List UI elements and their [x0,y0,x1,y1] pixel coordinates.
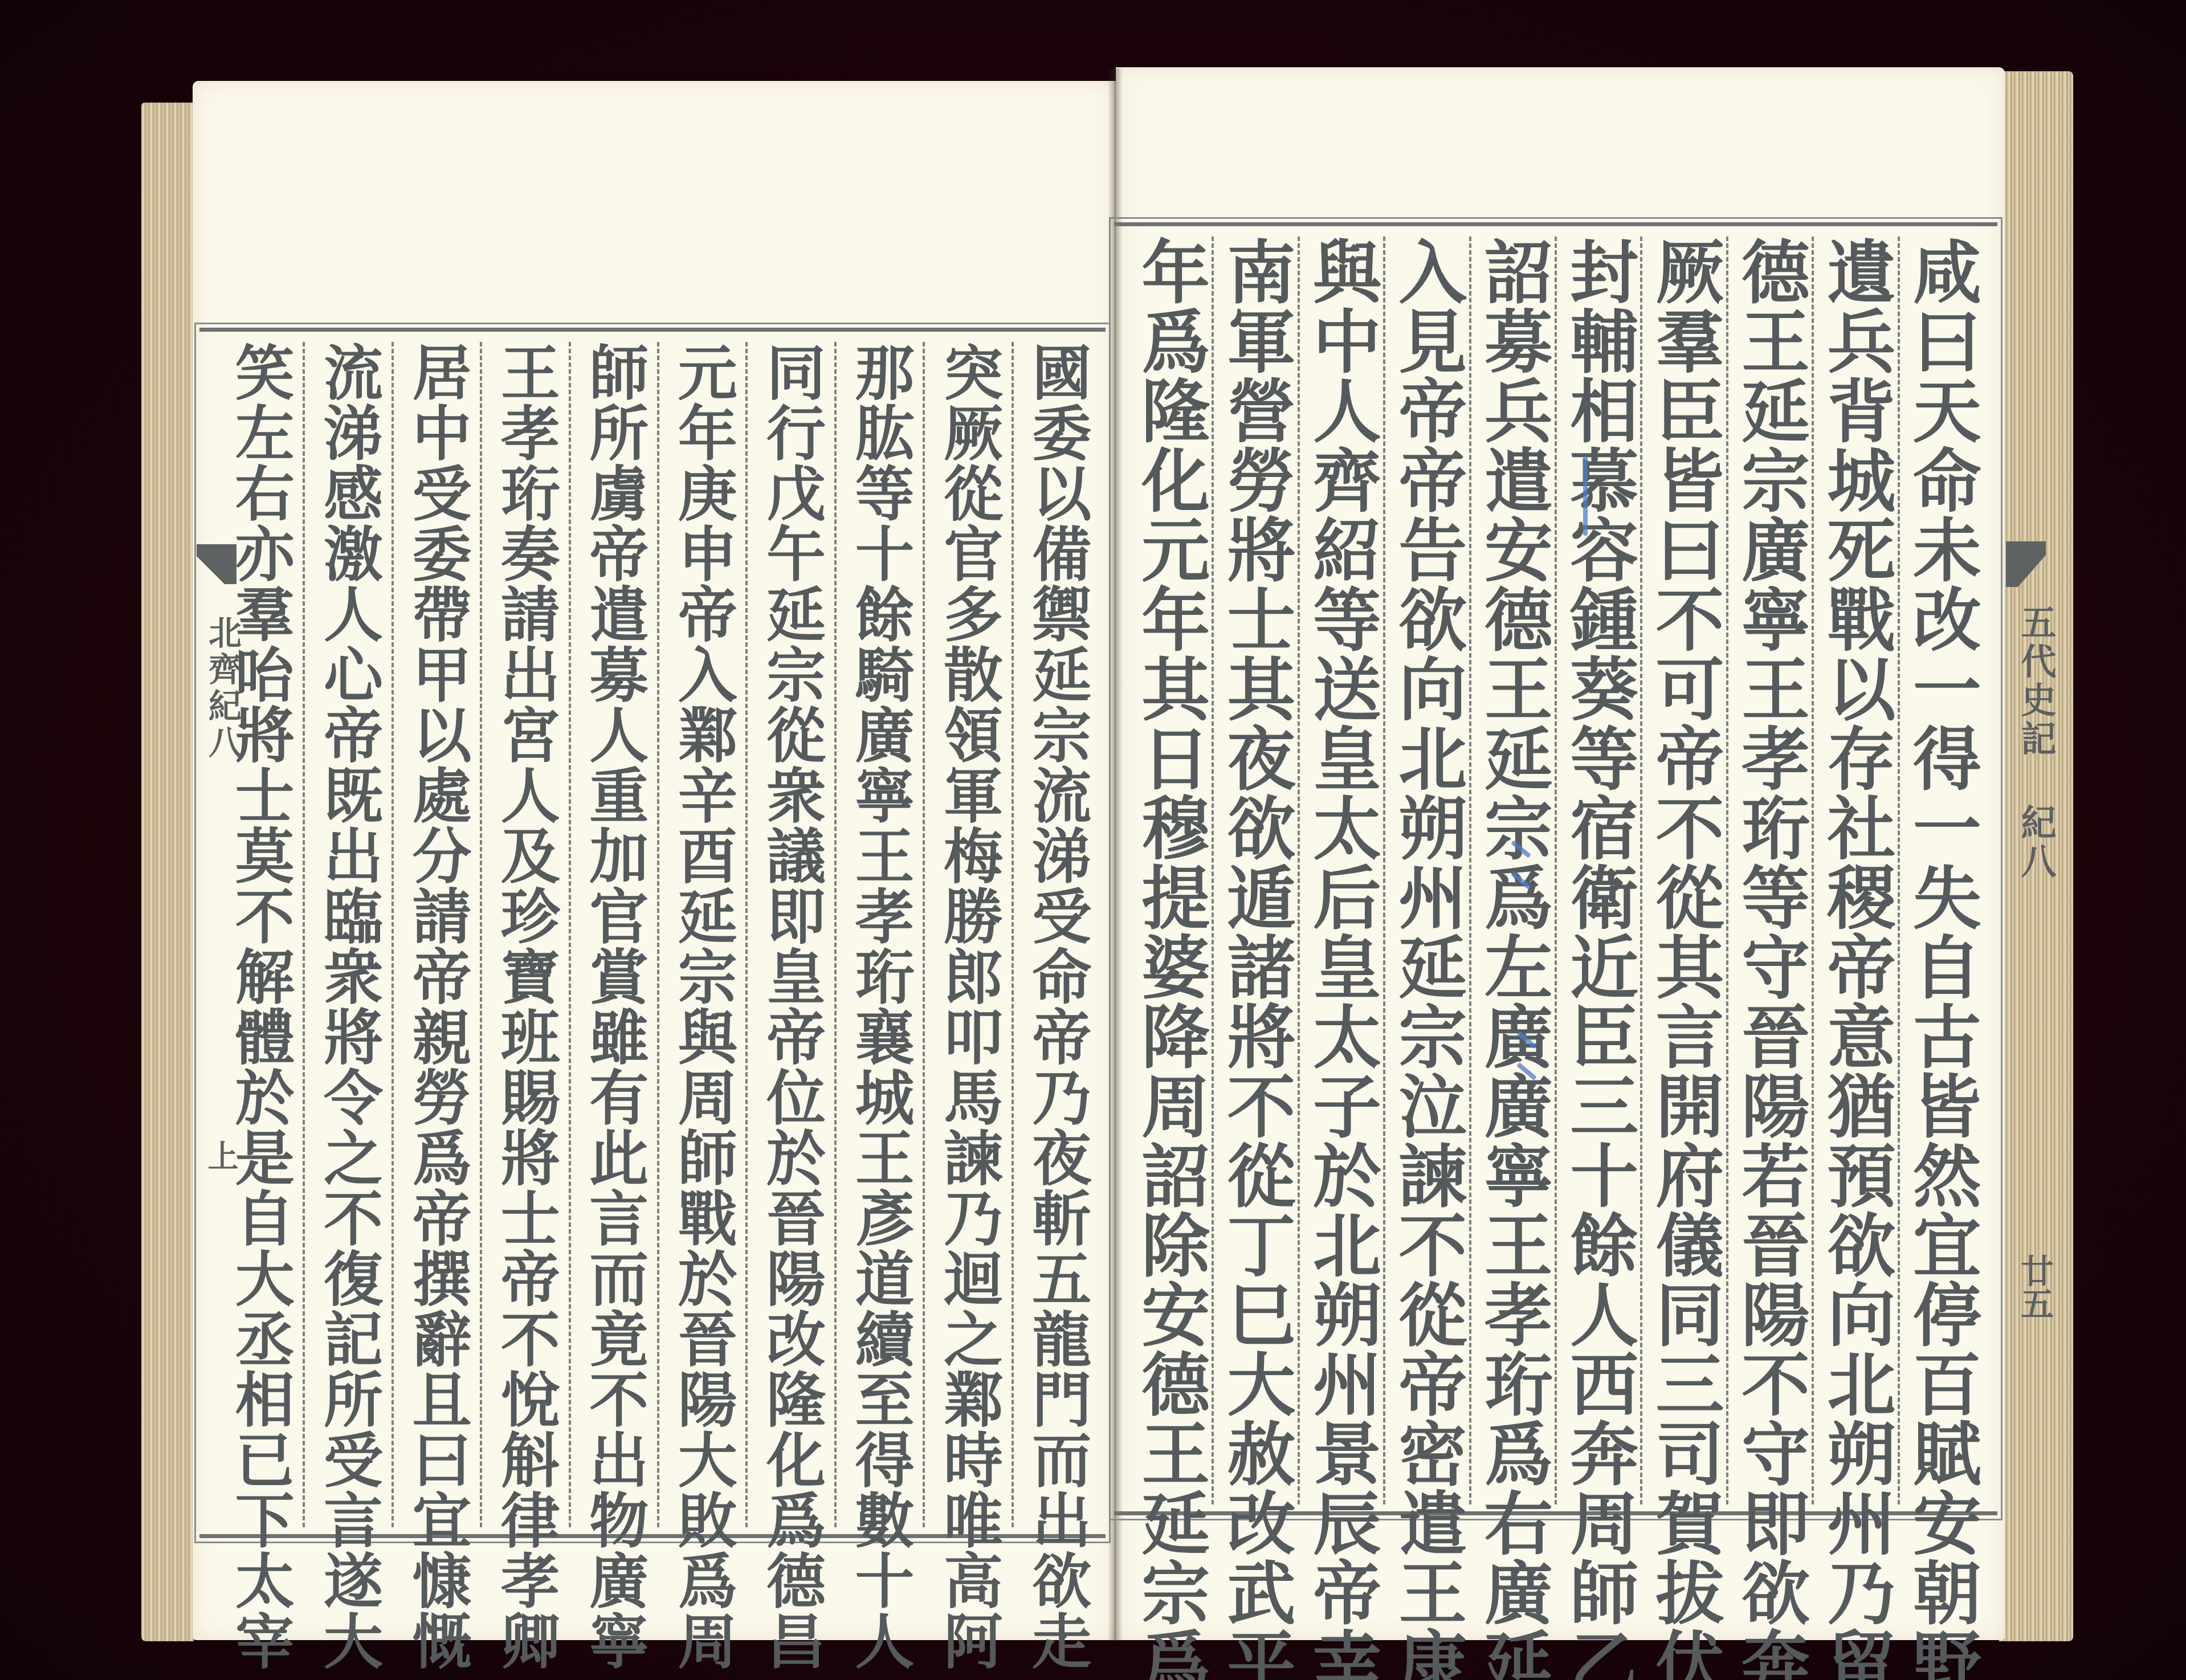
column-text: 詔募兵遣安德王延宗爲左廣廣寧王孝珩爲右廣延宗 [1479,236,1547,1504]
text-column: 那肱等十餘騎廣寧王孝珩襄城王彥道續至得數十人 [834,342,923,1527]
fold-margin-title: 北齊紀八 [198,615,246,761]
text-column: 入見帝帝告欲向北朔州延宗泣諫不從帝密遣王康德 [1383,236,1469,1504]
text-column: 咸曰天命未改一得一失自古皆然宜停百賦安朝野收 [1898,236,1983,1504]
column-text: 年爲隆化元年其日穆提婆降周詔除安德王延宗爲相 [1136,236,1204,1504]
column-text: 入見帝帝告欲向北朔州延宗泣諫不從帝密遣王康德 [1393,236,1461,1504]
text-column: 德王延宗廣寧王孝珩等守晉陽若晉陽不守即欲奔突 [1726,236,1812,1504]
column-text: 咸曰天命未改一得一失自古皆然宜停百賦安朝野收 [1907,236,1976,1504]
text-column: 流涕感激人心帝既出臨衆將令之不復記所受言遂大 [303,342,391,1527]
text-column: 笑左右亦羣咍將士莫不解體於是自大丞相已下太宰 [217,342,303,1527]
left-page-text-columns: 國委以備禦延宗流涕受命帝乃夜斬五龍門而出欲走 突厥從官多散領軍梅勝郎叩馬諫乃迴之… [217,342,1100,1527]
text-column: 封輔相慕容鍾葵等宿衛近臣三十餘人西奔周師乙卯 [1555,236,1640,1504]
fold-margin-title: 五代史記 紀八 [2010,604,2061,882]
column-text: 封輔相慕容鍾葵等宿衛近臣三十餘人西奔周師乙卯 [1564,236,1633,1504]
text-column: 師所虜帝遣募人重加官賞雖有此言而竟不出物廣寧 [569,342,657,1527]
fold-margin-page-number: 上 [199,1140,243,1171]
column-text: 國委以備禦延宗流涕受命帝乃夜斬五龍門而出欲走 [1027,342,1086,1527]
column-text: 同行戊午延宗從衆議即皇帝位於晉陽改隆化爲德昌 [761,342,821,1527]
text-column: 詔募兵遣安德王延宗爲左廣廣寧王孝珩爲右廣延宗 [1469,236,1555,1504]
column-text: 笑左右亦羣咍將士莫不解體於是自大丞相已下太宰 [230,342,289,1527]
column-text: 居中受委帶甲以處分請帝親勞爲帝撰辭且曰宜慷慨 [407,342,466,1527]
column-text: 流涕感激人心帝既出臨衆將令之不復記所受言遂大 [319,342,378,1527]
column-text: 王孝珩奏請出宮人及珍寶班賜將士帝不悅斛律孝卿 [496,342,555,1527]
column-text: 師所虜帝遣募人重加官賞雖有此言而竟不出物廣寧 [584,342,643,1527]
column-text: 德王延宗廣寧王孝珩等守晉陽若晉陽不守即欲奔突 [1736,236,1804,1504]
left-page-edge-stack [141,103,194,1641]
text-column: 同行戊午延宗從衆議即皇帝位於晉陽改隆化爲德昌 [745,342,834,1527]
column-text: 與中人齊紹等送皇太后皇太子於北朔州景辰帝幸城 [1307,236,1376,1504]
text-column: 國委以備禦延宗流涕受命帝乃夜斬五龍門而出欲走 [1012,342,1100,1527]
blue-annotation-mark-icon [1583,456,1588,536]
fold-margin-page-number: 廿五 [2010,1254,2058,1320]
text-column: 與中人齊紹等送皇太后皇太子於北朔州景辰帝幸城 [1298,236,1383,1504]
column-text: 遺兵背城死戰以存社稷帝意猶預欲向北朔州乃留安 [1821,236,1890,1504]
right-page-text-columns: 咸曰天命未改一得一失自古皆然宜停百賦安朝野收 遺兵背城死戰以存社稷帝意猶預欲向北… [1128,236,1983,1504]
open-book: 咸曰天命未改一得一失自古皆然宜停百賦安朝野收 遺兵背城死戰以存社稷帝意猶預欲向北… [0,0,2186,1680]
column-text: 突厥從官多散領軍梅勝郎叩馬諫乃迴之鄴時唯高阿 [939,342,998,1527]
text-column: 元年庚申帝入鄴辛酉延宗與周師戰於晉陽大敗爲周 [657,342,745,1527]
text-column: 王孝珩奏請出宮人及珍寶班賜將士帝不悅斛律孝卿 [480,342,568,1527]
column-text: 南軍營勞將士其夜欲遁諸將不從丁巳大赦改武平七 [1222,236,1290,1504]
text-column: 遺兵背城死戰以存社稷帝意猶預欲向北朔州乃留安 [1812,236,1897,1504]
text-column: 南軍營勞將士其夜欲遁諸將不從丁巳大赦改武平七 [1212,236,1297,1504]
text-column: 居中受委帶甲以處分請帝親勞爲帝撰辭且曰宜慷慨 [391,342,480,1527]
column-text: 那肱等十餘騎廣寧王孝珩襄城王彥道續至得數十人 [850,342,909,1527]
text-column: 厥羣臣皆曰不可帝不從其言開府儀同三司賀拔伏恩 [1640,236,1726,1504]
text-column: 突厥從官多散領軍梅勝郎叩馬諫乃迴之鄴時唯高阿 [923,342,1011,1527]
text-column: 年爲隆化元年其日穆提婆降周詔除安德王延宗爲相 [1128,236,1212,1504]
column-text: 元年庚申帝入鄴辛酉延宗與周師戰於晉陽大敗爲周 [673,342,732,1527]
column-text: 厥羣臣皆曰不可帝不從其言開府儀同三司賀拔伏恩 [1650,236,1719,1504]
